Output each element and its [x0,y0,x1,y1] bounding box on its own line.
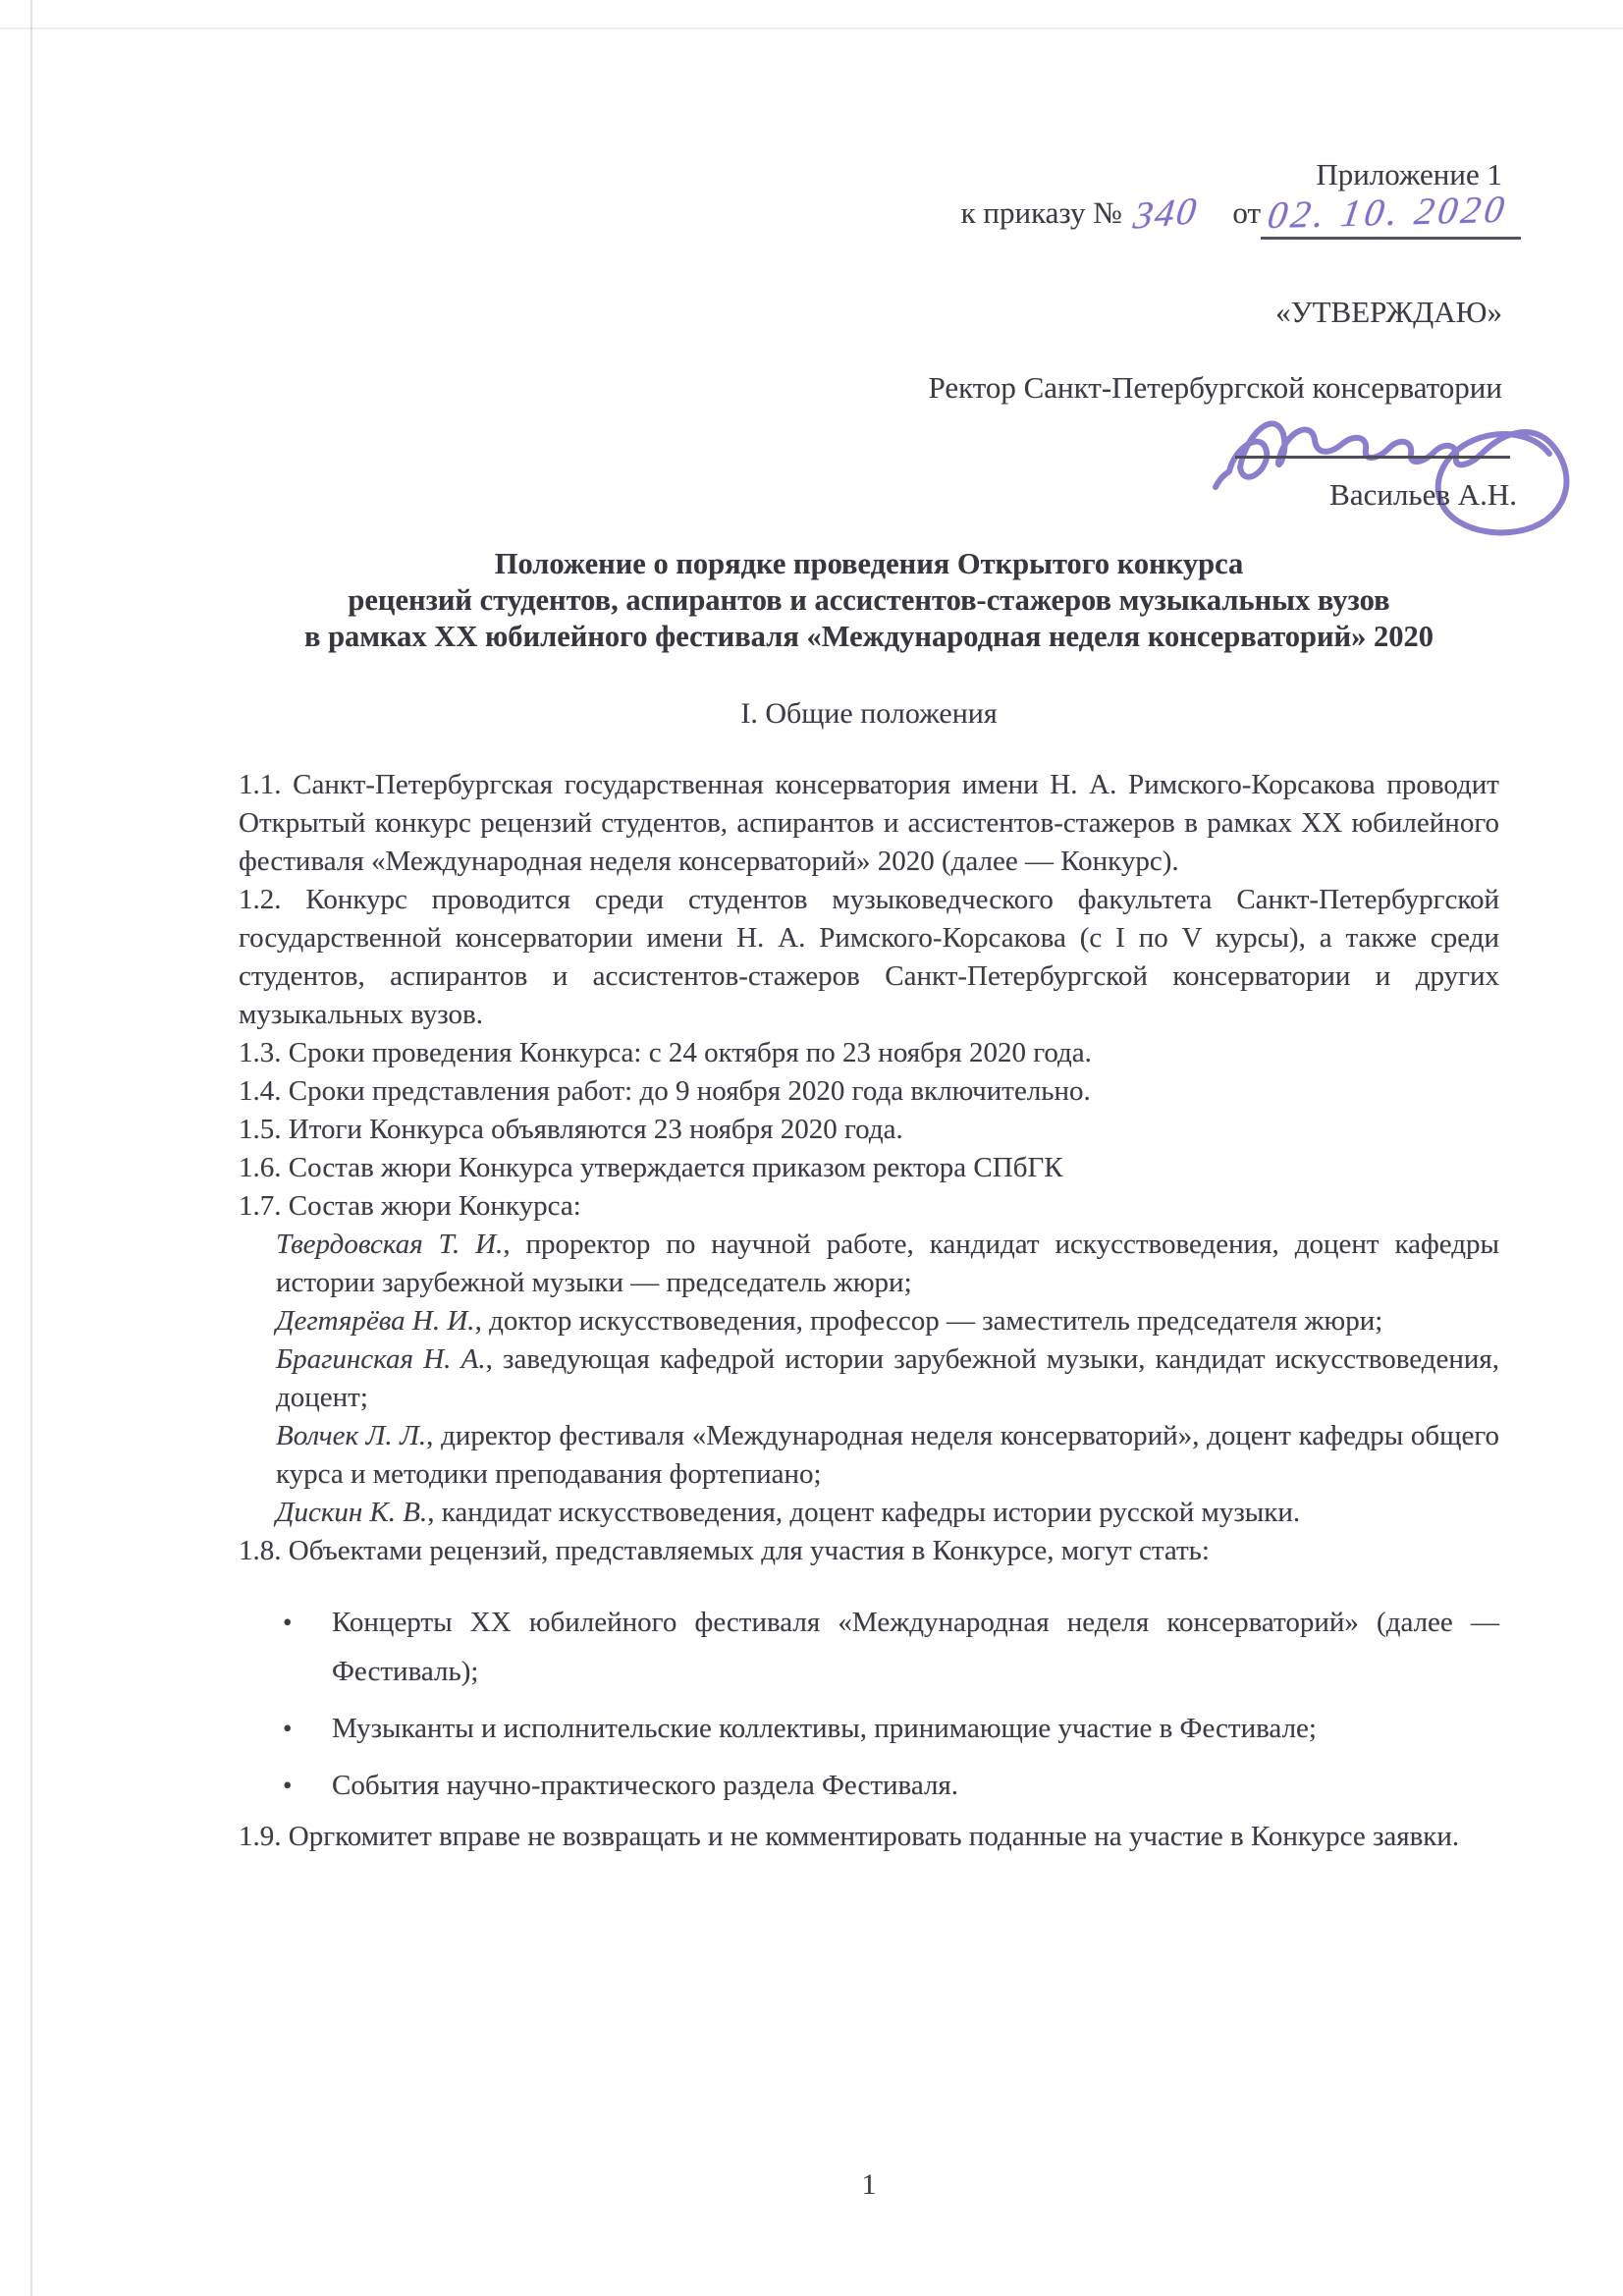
order-reference-line: к приказу №340от02. 10. 2020 [961,191,1521,240]
clause-1-7: 1.7. Состав жюри Конкурса: [239,1187,1499,1226]
clause-1-1: 1.1. Санкт-Петербургская государственная… [239,766,1499,881]
jury-member-row: Дискин К. В., кандидат искусствоведения,… [239,1494,1499,1532]
clause-1-9: 1.9. Оргкомитет вправе не возвращать и н… [239,1818,1499,1856]
order-prefix-label: к приказу № [961,195,1122,230]
jury-member-row: Дегтярёва Н. И., доктор искусствоведения… [239,1302,1499,1340]
clause-1-5: 1.5. Итоги Конкурса объявляются 23 ноябр… [239,1111,1499,1149]
list-item: События научно-практического раздела Фес… [239,1761,1499,1810]
section-1-heading: I. Общие положения [239,697,1499,731]
list-item-text: События научно-практического раздела Фес… [332,1770,958,1801]
clause-1-2: 1.2. Конкурс проводится среди студентов … [239,881,1499,1034]
jury-member-name: Брагинская Н. А. [276,1343,486,1375]
jury-member-row: Волчек Л. Л., директор фестиваля «Междун… [239,1417,1499,1494]
approve-stamp-label: «УТВЕРЖДАЮ» [1275,295,1502,330]
approver-name: Васильев А.Н. [1329,477,1517,513]
jury-member-role: , кандидат искусствоведения, доцент кафе… [427,1497,1300,1528]
order-from-label: от [1232,195,1261,230]
scanned-document-page: Приложение 1 к приказу №340от02. 10. 202… [0,0,1623,2296]
scan-edge-artifact-top [0,27,1623,29]
review-objects-list: Концерты XX юбилейного фестиваля «Междун… [239,1598,1499,1810]
signature-ruled-line [1235,456,1510,459]
clause-1-4: 1.4. Сроки представления работ: до 9 ноя… [239,1072,1499,1111]
document-title-line-1: Положение о порядке проведения Открытого… [239,546,1499,582]
jury-member-role: , директор фестиваля «Международная неде… [276,1420,1499,1490]
jury-member-name: Дегтярёва Н. И. [276,1305,475,1337]
handwritten-order-date: 02. 10. 2020 [1265,188,1511,238]
jury-member-name: Твердовская Т. И. [276,1229,503,1260]
handwritten-order-number: 340 [1131,189,1201,238]
scan-edge-artifact-left [30,0,32,2296]
document-body: 1.1. Санкт-Петербургская государственная… [239,766,1499,1856]
clause-1-3: 1.3. Сроки проведения Конкурса: с 24 окт… [239,1034,1499,1072]
jury-member-name: Волчек Л. Л. [276,1420,426,1451]
jury-member-row: Брагинская Н. А., заведующая кафедрой ис… [239,1340,1499,1417]
list-item: Музыканты и исполнительские коллективы, … [239,1704,1499,1753]
appendix-label: Приложение 1 [1316,157,1502,192]
page-number: 1 [239,2168,1499,2202]
list-item: Концерты XX юбилейного фестиваля «Междун… [239,1598,1499,1696]
clause-1-8: 1.8. Объектами рецензий, представляемых … [239,1532,1499,1570]
document-title: Положение о порядке проведения Открытого… [239,546,1499,655]
list-item-text: Концерты XX юбилейного фестиваля «Междун… [332,1607,1499,1687]
list-item-text: Музыканты и исполнительские коллективы, … [332,1713,1317,1744]
document-title-line-2: рецензий студентов, аспирантов и ассисте… [239,582,1499,619]
clause-1-6: 1.6. Состав жюри Конкурса утверждается п… [239,1149,1499,1187]
jury-member-name: Дискин К. В. [276,1497,427,1528]
document-title-line-3: в рамках XX юбилейного фестиваля «Междун… [239,619,1499,655]
order-date-underline: 02. 10. 2020 [1261,191,1521,240]
jury-member-row: Твердовская Т. И., проректор по научной … [239,1226,1499,1302]
jury-member-role: , доктор искусствоведения, профессор — з… [475,1305,1383,1337]
